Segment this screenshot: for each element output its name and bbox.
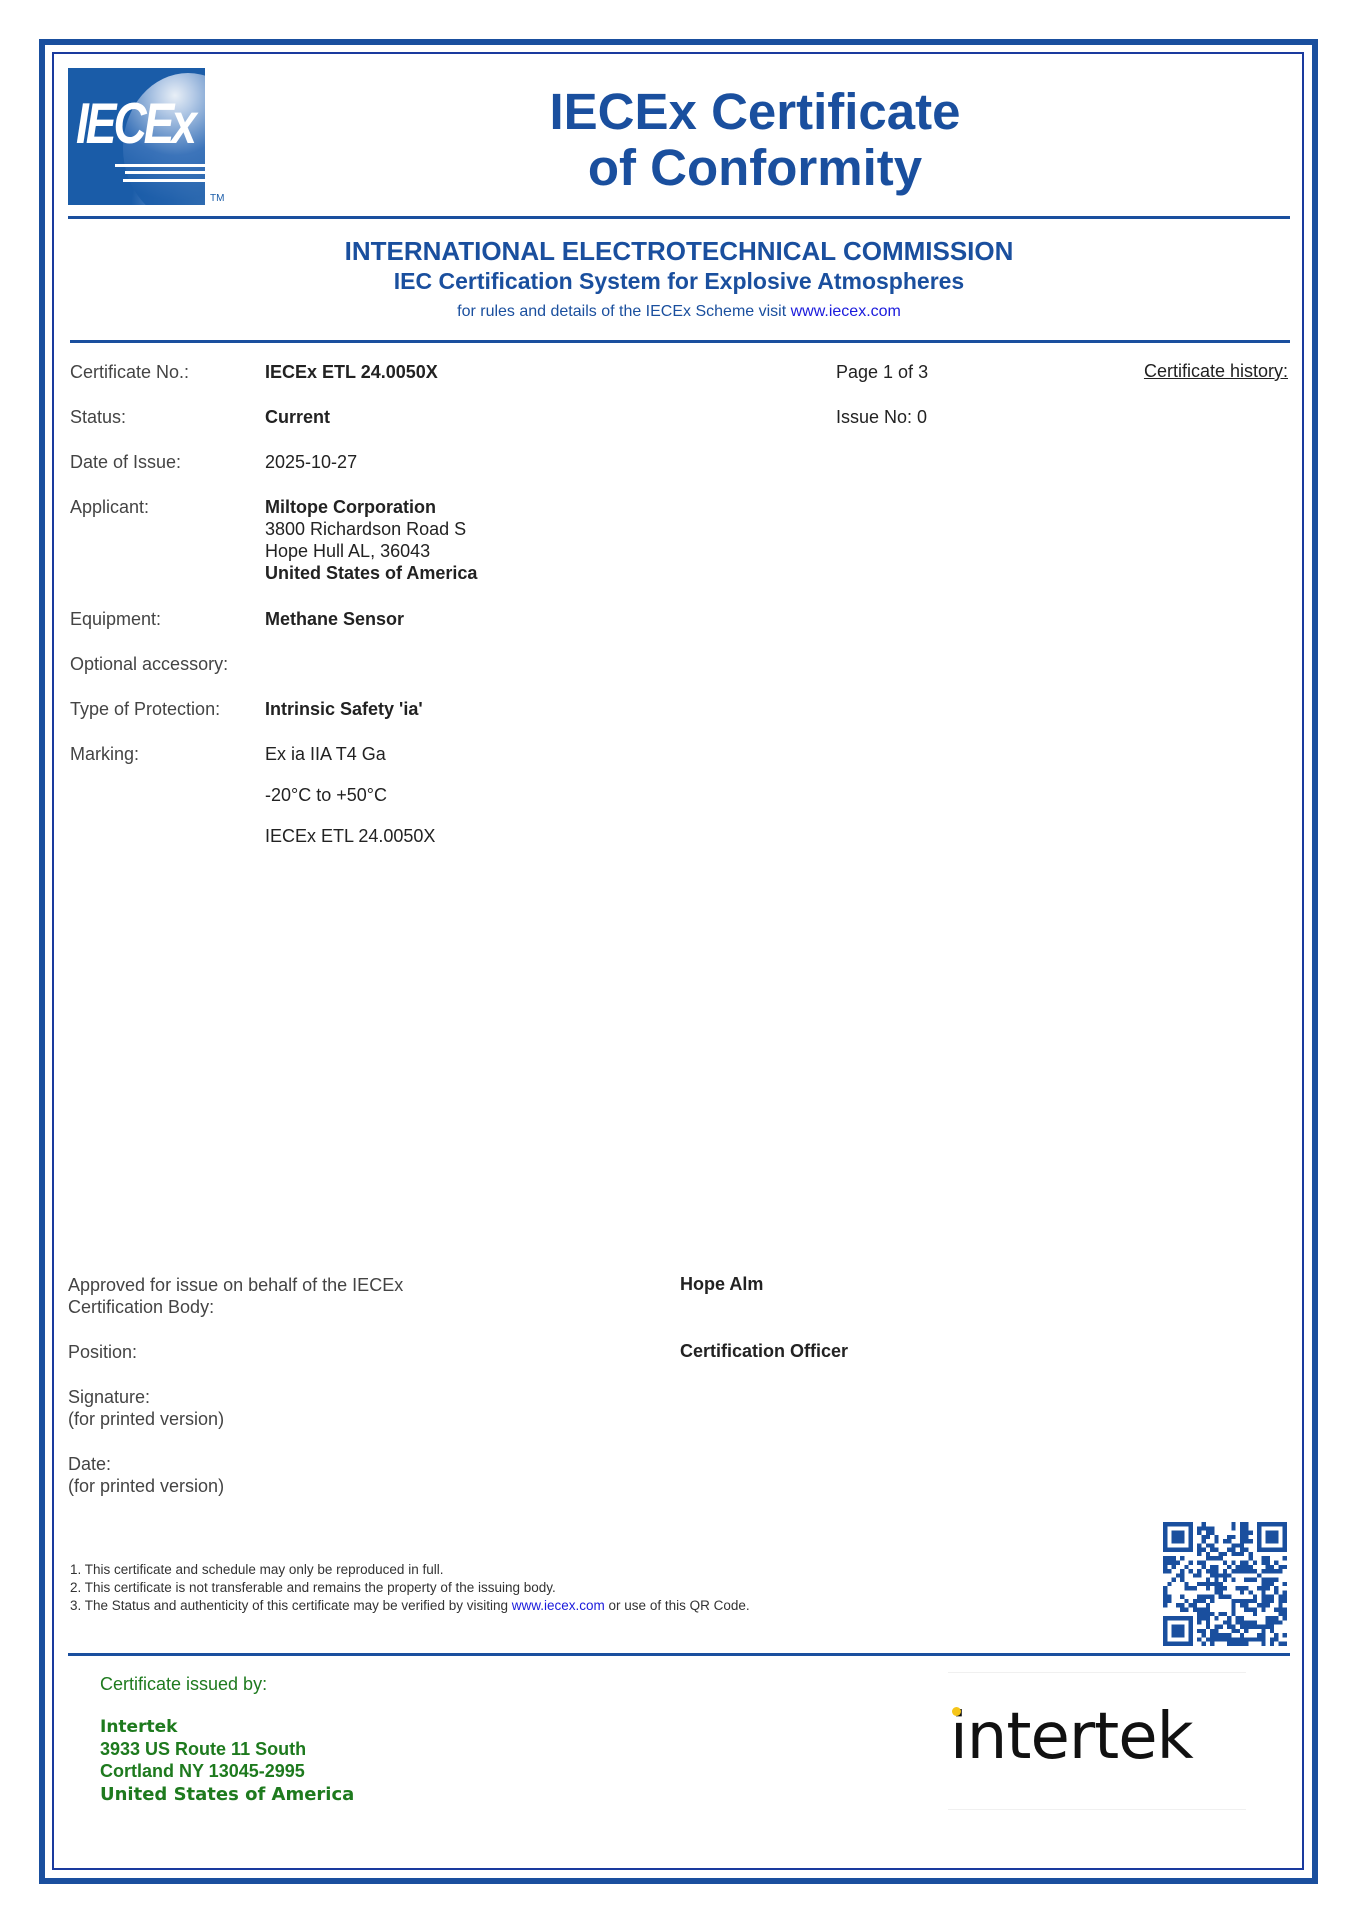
approver-name: Hope Alm [680,1274,763,1295]
title-line-2: of Conformity [420,140,1090,196]
certification-system: IEC Certification System for Explosive A… [68,268,1290,295]
issuer-country: United States of America [100,1784,354,1806]
approval-date-note: (for printed version) [68,1475,224,1497]
footnote-3: 3. The Status and authenticity of this c… [70,1597,750,1615]
applicant-address-1: 3800 Richardson Road S [265,518,477,540]
logo-text: IECEx [76,89,194,157]
position-label: Position: [68,1341,137,1363]
approved-label-line-2: Certification Body: [68,1296,403,1318]
footnotes: 1. This certificate and schedule may onl… [70,1561,750,1615]
page-indicator: Page 1 of 3 [836,361,928,383]
marking-line: IECEx ETL 24.0050X [265,825,435,847]
equipment-value: Methane Sensor [265,608,404,630]
logo-stripe [115,164,205,167]
date-of-issue: 2025-10-27 [265,451,357,473]
certificate-number: IECEx ETL 24.0050X [265,361,438,383]
approved-label-line-1: Approved for issue on behalf of the IECE… [68,1274,403,1296]
status-label: Status: [70,406,126,428]
intertek-logo-dot [952,1707,961,1716]
issued-by-label: Certificate issued by: [100,1674,267,1695]
intertek-logo: intertek [950,1700,1193,1774]
applicant-name: Miltope Corporation [265,496,477,518]
certificate-history-link[interactable]: Certificate history: [1120,361,1288,382]
certificate-number-label: Certificate No.: [70,361,189,383]
iecex-website-link[interactable]: www.iecex.com [791,303,901,320]
issuer-address-1: 3933 US Route 11 South [100,1738,354,1760]
applicant-address-2: Hope Hull AL, 36043 [265,540,477,562]
marking-label: Marking: [70,743,139,765]
position-value: Certification Officer [680,1341,848,1362]
applicant-label: Applicant: [70,496,149,518]
qr-code[interactable] [1163,1522,1287,1646]
footnote-1: 1. This certificate and schedule may onl… [70,1561,750,1579]
applicant-block: Miltope Corporation 3800 Richardson Road… [265,496,477,584]
approved-label: Approved for issue on behalf of the IECE… [68,1274,403,1318]
rules-text: for rules and details of the IECEx Schem… [457,303,786,320]
title-line-1: IECEx Certificate [420,84,1090,140]
signature-label-text: Signature: [68,1386,224,1408]
issue-number: Issue No: 0 [836,406,927,428]
approval-date-label: Date: (for printed version) [68,1453,224,1497]
protection-type-label: Type of Protection: [70,698,220,720]
footer-divider [68,1653,1290,1656]
date-of-issue-label: Date of Issue: [70,451,181,473]
organization-name: INTERNATIONAL ELECTROTECHNICAL COMMISSIO… [68,236,1290,267]
issuer-name: Intertek [100,1716,354,1738]
signature-note: (for printed version) [68,1408,224,1430]
protection-type-value: Intrinsic Safety 'ia' [265,698,423,720]
section-divider [70,340,1290,343]
status-value: Current [265,406,330,428]
logo-stripe [123,179,205,182]
footnote-3-suffix: or use of this QR Code. [609,1598,750,1613]
equipment-label: Equipment: [70,608,161,630]
page-title: IECEx Certificate of Conformity [420,84,1090,196]
applicant-country: United States of America [265,562,477,584]
issuer-block: Intertek 3933 US Route 11 South Cortland… [100,1716,354,1806]
rules-line: for rules and details of the IECEx Schem… [68,303,1290,321]
marking-line: -20°C to +50°C [265,784,387,806]
optional-accessory-label: Optional accessory: [70,653,228,675]
signature-label: Signature: (for printed version) [68,1386,224,1430]
header-divider [68,216,1290,219]
logo-stripe [125,171,205,174]
trademark-mark: TM [210,193,224,204]
footnote-3-text: 3. The Status and authenticity of this c… [70,1598,508,1613]
footnote-iecex-link[interactable]: www.iecex.com [512,1598,605,1613]
footnote-2: 2. This certificate is not transferable … [70,1579,750,1597]
iecex-logo: IECEx [68,68,205,205]
approval-date-label-text: Date: [68,1453,224,1475]
issuer-address-2: Cortland NY 13045-2995 [100,1760,354,1782]
marking-line: Ex ia IIA T4 Ga [265,743,386,765]
